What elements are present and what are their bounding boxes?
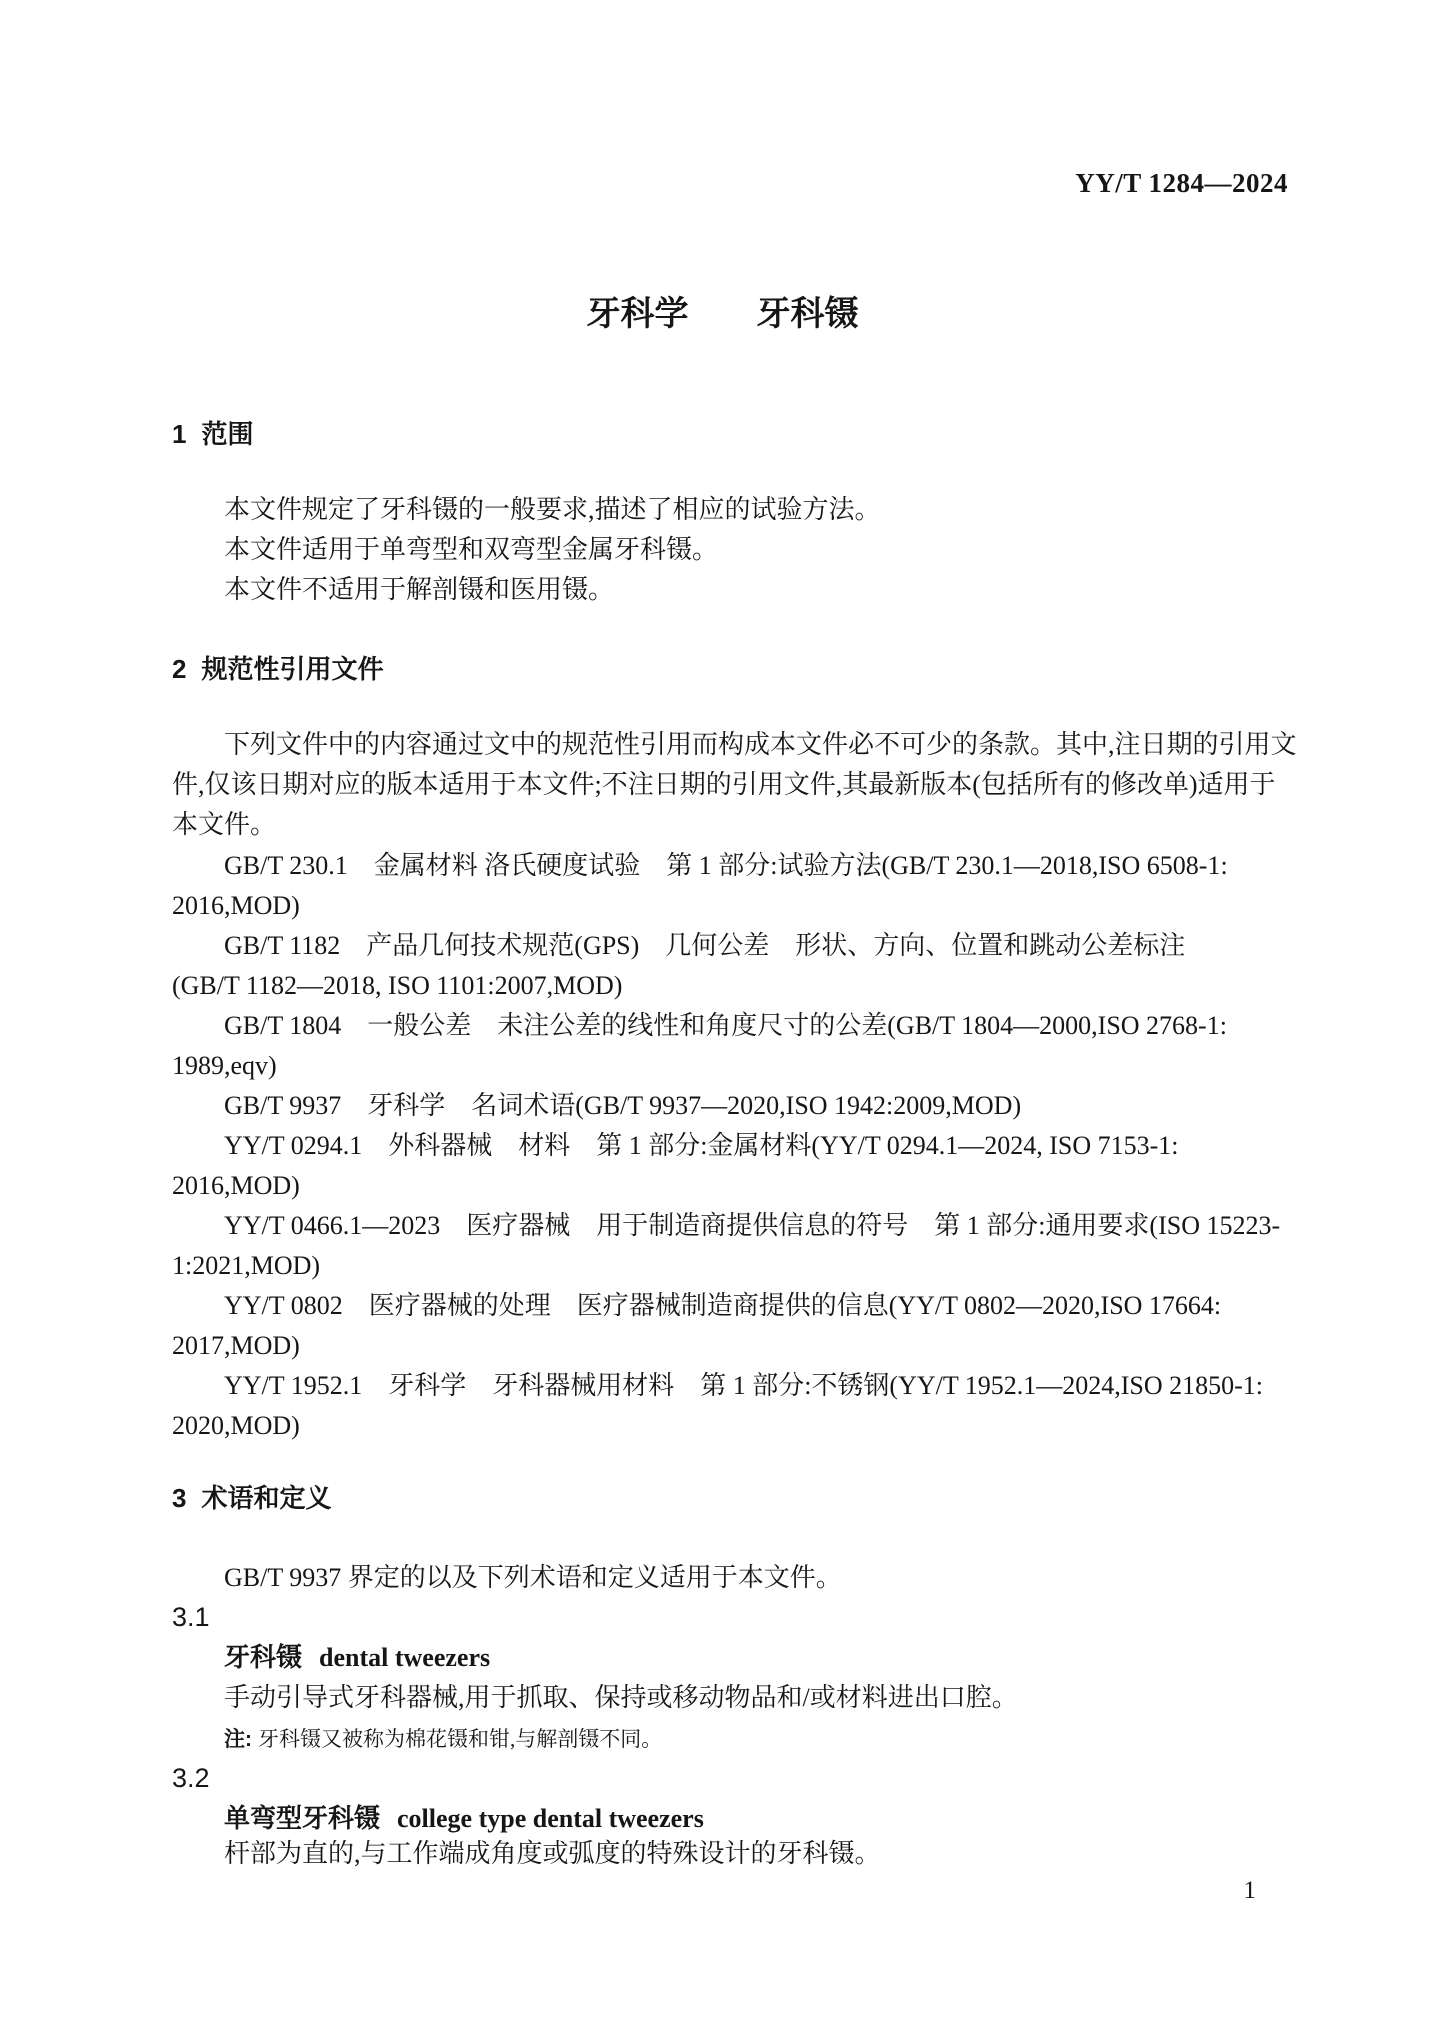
reference-line: (GB/T 1182—2018, ISO 1101:2007,MOD): [172, 966, 1302, 1006]
reference-line: GB/T 1804 一般公差 未注公差的线性和角度尺寸的公差(GB/T 1804…: [172, 1006, 1302, 1046]
term-zh: 牙科镊: [224, 1642, 302, 1672]
section-1-heading: 1范围: [172, 421, 253, 448]
term-zh: 单弯型牙科镊: [224, 1803, 380, 1833]
reference-line: 2016,MOD): [172, 1166, 1302, 1206]
term-note-3-1: 注:牙科镊又被称为棉花镊和钳,与解剖镊不同。: [224, 1728, 662, 1751]
section-3-title: 术语和定义: [201, 1483, 331, 1513]
section-1-number: 1: [172, 419, 186, 449]
section-2-title: 规范性引用文件: [201, 654, 383, 684]
reference-line: 2017,MOD): [172, 1326, 1302, 1366]
note-text: 牙科镊又被称为棉花镊和钳,与解剖镊不同。: [258, 1727, 662, 1751]
term-definition-3-2: 杆部为直的,与工作端成角度或弧度的特殊设计的牙科镊。: [224, 1840, 881, 1868]
section-2-references: GB/T 230.1 金属材料 洛氏硬度试验 第 1 部分:试验方法(GB/T …: [172, 846, 1302, 1446]
term-heading-3-1: 牙科镊dental tweezers: [224, 1643, 490, 1672]
paragraph-line: 下列文件中的内容通过文中的规范性引用而构成本文件必不可少的条款。其中,注日期的引…: [172, 725, 1302, 765]
paragraph: 本文件规定了牙科镊的一般要求,描述了相应的试验方法。: [172, 490, 1302, 530]
reference-line: 2016,MOD): [172, 886, 1302, 926]
reference-line: 1989,eqv): [172, 1046, 1302, 1086]
section-3-intro: GB/T 9937 界定的以及下列术语和定义适用于本文件。: [172, 1558, 1302, 1598]
section-3-heading: 3术语和定义: [172, 1485, 331, 1512]
section-2-heading: 2规范性引用文件: [172, 656, 383, 683]
paragraph: 本文件适用于单弯型和双弯型金属牙科镊。: [172, 530, 1302, 570]
reference-line: 2020,MOD): [172, 1406, 1302, 1446]
note-label: 注:: [224, 1728, 252, 1751]
reference-line: 1:2021,MOD): [172, 1246, 1302, 1286]
paragraph: GB/T 9937 界定的以及下列术语和定义适用于本文件。: [172, 1558, 1302, 1598]
clause-number-3-1: 3.1: [172, 1604, 210, 1631]
reference-line: YY/T 0466.1—2023 医疗器械 用于制造商提供信息的符号 第 1 部…: [172, 1206, 1302, 1246]
reference-line: YY/T 0802 医疗器械的处理 医疗器械制造商提供的信息(YY/T 0802…: [172, 1286, 1302, 1326]
reference-line: YY/T 0294.1 外科器械 材料 第 1 部分:金属材料(YY/T 029…: [172, 1126, 1302, 1166]
doc-standard-number: YY/T 1284—2024: [1075, 168, 1288, 199]
reference-line: GB/T 9937 牙科学 名词术语(GB/T 9937—2020,ISO 19…: [172, 1086, 1302, 1126]
term-heading-3-2: 单弯型牙科镊college type dental tweezers: [224, 1804, 704, 1833]
reference-line: GB/T 1182 产品几何技术规范(GPS) 几何公差 形状、方向、位置和跳动…: [172, 926, 1302, 966]
section-3-number: 3: [172, 1483, 186, 1513]
doc-title: 牙科学 牙科镊: [0, 295, 1445, 333]
paragraph-line: 本文件。: [172, 805, 1302, 845]
reference-line: GB/T 230.1 金属材料 洛氏硬度试验 第 1 部分:试验方法(GB/T …: [172, 846, 1302, 886]
clause-number-3-2: 3.2: [172, 1765, 210, 1792]
page-number: 1: [1244, 1878, 1257, 1904]
term-definition-3-1: 手动引导式牙科器械,用于抓取、保持或移动物品和/或材料进出口腔。: [224, 1684, 1018, 1712]
section-1-title: 范围: [201, 419, 253, 449]
section-1-body: 本文件规定了牙科镊的一般要求,描述了相应的试验方法。 本文件适用于单弯型和双弯型…: [172, 490, 1302, 610]
paragraph-line: 件,仅该日期对应的版本适用于本文件;不注日期的引用文件,其最新版本(包括所有的修…: [172, 765, 1302, 805]
document-page: YY/T 1284—2024 牙科学 牙科镊 1范围 本文件规定了牙科镊的一般要…: [0, 0, 1445, 2044]
reference-line: YY/T 1952.1 牙科学 牙科器械用材料 第 1 部分:不锈钢(YY/T …: [172, 1366, 1302, 1406]
section-2-number: 2: [172, 654, 186, 684]
section-2-intro: 下列文件中的内容通过文中的规范性引用而构成本文件必不可少的条款。其中,注日期的引…: [172, 725, 1302, 845]
term-en: dental tweezers: [319, 1643, 490, 1672]
paragraph: 本文件不适用于解剖镊和医用镊。: [172, 570, 1302, 610]
term-en: college type dental tweezers: [397, 1804, 704, 1833]
